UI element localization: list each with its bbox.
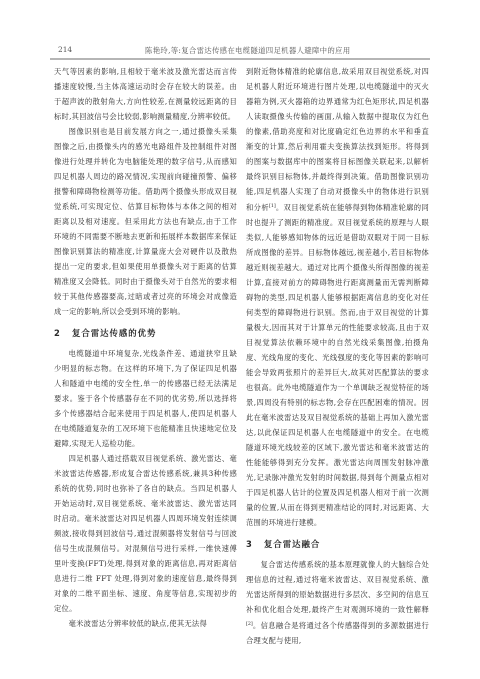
- citation: [1]: [269, 204, 276, 209]
- header-divider: [50, 58, 430, 60]
- running-title: 陈艳玲,等:复合雷达传感在电缆隧道四足机器人避障中的应用: [145, 45, 350, 56]
- paragraph: 图像识别也是目前发展方向之一,通过摄像头采集图像之后,由摄像头内的感光电路组件及…: [54, 124, 237, 319]
- left-column: 天气等因素的影响,且相较于毫米波及激光雷达而言传播速度较慢,当主体高速运动时会存…: [54, 64, 237, 631]
- paragraph-text: 到附近物体精准的轮廓信息,故采用双目视觉系统,对四足机器人附近环境进行图片处理,…: [246, 67, 429, 212]
- section-number: 3: [246, 537, 264, 551]
- section-number: 2: [54, 326, 72, 340]
- paragraph-text: 。信息融合是将通过各个传感器得到的多源数据进行合理支配与使用,: [246, 621, 429, 645]
- section-heading: 3复合雷达融合: [246, 537, 429, 551]
- paragraph-text: 复合雷达传感系统的基本原理就像人的大脑综合处理信息的过程,通过将毫米波雷达、双目…: [246, 560, 429, 614]
- right-column: 到附近物体精准的轮廓信息,故采用双目视觉系统,对四足机器人附近环境进行图片处理,…: [246, 64, 429, 648]
- paragraph: 毫米波雷达分辨率较低的缺点,使其无法得: [54, 616, 237, 631]
- citation: [2]: [246, 622, 253, 627]
- paragraph: 到附近物体精准的轮廓信息,故采用双目视觉系统,对四足机器人附近环境进行图片处理,…: [246, 64, 429, 530]
- section-title: 复合雷达融合: [264, 539, 320, 549]
- running-head: 214 陈艳玲,等:复合雷达传感在电缆隧道四足机器人避障中的应用: [50, 42, 430, 56]
- paragraph: 四足机器人通过搭载双目视觉系统、激光雷达、毫米波雷达传感器,形成复合雷达传感系统…: [54, 451, 237, 616]
- section-heading: 2复合雷达传感的优势: [54, 326, 237, 340]
- page-number: 214: [58, 45, 72, 54]
- paragraph-text: 。双目视觉系统在能够得到物体精准轮廓的同时也提升了测距的精准度。双目视觉系统的原…: [246, 203, 429, 527]
- section-title: 复合雷达传感的优势: [72, 328, 156, 338]
- paragraph: 复合雷达传感系统的基本原理就像人的大脑综合处理信息的过程,通过将毫米波雷达、双目…: [246, 557, 429, 648]
- paragraph: 天气等因素的影响,且相较于毫米波及激光雷达而言传播速度较慢,当主体高速运动时会存…: [54, 64, 237, 124]
- paragraph: 电缆隧道中环境复杂,光线条件差、通道狭窄且缺少明显的标志物。在这样的环境下,为了…: [54, 346, 237, 451]
